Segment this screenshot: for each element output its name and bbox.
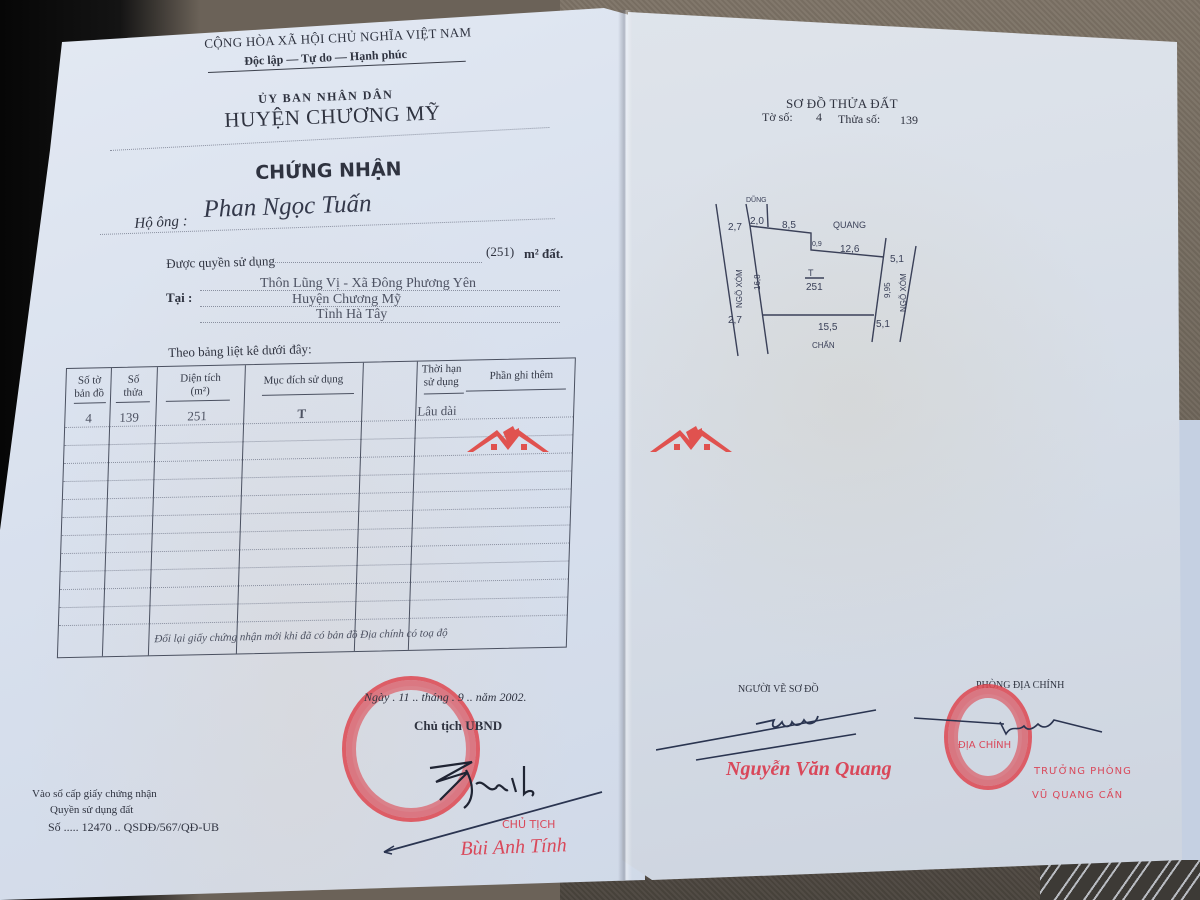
office-head-title: TRƯỞNG PHÒNG: [1034, 766, 1132, 777]
parcel-value: 139: [900, 113, 918, 128]
cell-area: 251: [187, 408, 207, 424]
neighbor-left-alley: NGÕ XÓM: [735, 269, 744, 308]
header-parcel-number: Số thửa: [112, 373, 155, 400]
location-line-3: Tỉnh Hà Tây: [316, 307, 387, 323]
dotted-line: [200, 290, 560, 291]
row-line: [59, 615, 567, 627]
book-spine-fold: [618, 10, 632, 880]
chairman-title: Chủ tịch UBND: [414, 718, 502, 734]
sheet-label: Tờ số:: [762, 110, 793, 125]
row-line: [62, 506, 570, 518]
header-notes: Phần ghi thêm: [416, 368, 576, 384]
header-underline: [116, 401, 150, 403]
dim-label: 8,5: [782, 220, 796, 231]
dim-label: 2,7: [728, 315, 742, 326]
dotted-line: [200, 306, 560, 307]
dim-label: 9,95: [883, 282, 892, 298]
neighbor-top-right: QUANG: [833, 220, 866, 230]
column-divider: [408, 362, 418, 650]
usage-right-label: Được quyền sử dụng: [166, 253, 275, 272]
dim-label: 2,7: [728, 222, 742, 233]
area-unit: m² đất.: [524, 246, 563, 262]
cell-map-sheet: 4: [85, 410, 92, 426]
dotted-line: [270, 262, 482, 263]
registry-line-1: Vào sổ cấp giấy chứng nhận: [32, 788, 157, 800]
dim-label: 2,0: [750, 216, 764, 227]
row-line: [61, 543, 569, 555]
holder-name: Phan Ngọc Tuấn: [203, 190, 372, 224]
land-type: T: [808, 268, 814, 278]
registry-number: Số ..... 12470 .. QSDĐ/567/QĐ-UB: [48, 820, 219, 835]
header-underline: [466, 389, 566, 392]
column-divider: [148, 367, 158, 655]
row-line: [63, 470, 571, 482]
issue-date: Ngày . 11 .. tháng . 9 .. năm 2002.: [364, 690, 526, 705]
drawer-name: Nguyễn Văn Quang: [726, 758, 892, 781]
cell-usage-purpose: T: [297, 406, 306, 422]
dim-label: 12,6: [840, 244, 860, 255]
column-divider: [236, 365, 246, 653]
cell-parcel-number: 139: [119, 409, 139, 425]
dotted-line: [200, 322, 560, 323]
dim-label: 0,9: [812, 241, 822, 248]
header-underline: [74, 402, 106, 404]
office-head-signature-icon: [914, 712, 1114, 742]
table-note: Đổi lại giấy chứng nhận mới khi đã có bả…: [154, 627, 448, 645]
parcel-diagram: DŨNG 2,7 2,0 8,5 QUANG 0,9 12,6 5,1 T 25…: [700, 190, 940, 360]
dim-label: 15,5: [818, 322, 838, 333]
sheet-value: 4: [816, 110, 822, 125]
dim-label: 16,8: [753, 274, 762, 290]
row-line: [62, 524, 570, 536]
holder-label: Hộ ông :: [134, 213, 188, 233]
row-line: [61, 561, 569, 573]
dim-label: 5,1: [876, 319, 890, 330]
signer-name: Bùi Anh Tính: [460, 834, 567, 861]
house-logo-watermark-icon: [648, 424, 734, 456]
header-area: Diện tích (m²): [158, 371, 243, 399]
parcel-label: Thửa số:: [838, 112, 880, 127]
cell-term: Lâu dài: [417, 403, 457, 420]
header-underline: [262, 393, 354, 396]
header-map-sheet: Số tờ bản đồ: [70, 374, 109, 401]
location-label: Tại :: [166, 290, 192, 306]
column-divider: [354, 363, 364, 651]
parcel-table: Số tờ bản đồ Số thửa Diện tích (m²) Mục …: [57, 357, 576, 658]
area-value: (251): [486, 244, 514, 260]
parcel-map-title: SƠ ĐỒ THỬA ĐẤT: [786, 96, 898, 112]
column-divider: [102, 368, 112, 656]
neighbor-top-left: DŨNG: [746, 195, 767, 204]
header-underline: [166, 400, 230, 402]
row-line: [60, 579, 568, 591]
parcel-area: 251: [806, 282, 823, 293]
row-line: [63, 488, 571, 500]
header-usage-purpose: Mục đích sử dụng: [246, 373, 360, 388]
drawer-signature-icon: [656, 694, 886, 764]
neighbor-bottom: CHẤN: [812, 340, 835, 350]
header-underline: [424, 393, 464, 395]
office-head-name: VŨ QUANG CẦN: [1032, 790, 1123, 801]
dim-label: 5,1: [890, 254, 904, 265]
neighbor-right-alley: NGÕ XÓM: [899, 273, 908, 312]
house-logo-watermark-icon: [465, 424, 551, 456]
registry-line-2: Quyền sử dụng đất: [50, 804, 133, 816]
row-line: [59, 597, 567, 609]
signer-title: CHỦ TỊCH: [502, 818, 555, 831]
certificate-title: CHỨNG NHẬN: [255, 158, 402, 184]
